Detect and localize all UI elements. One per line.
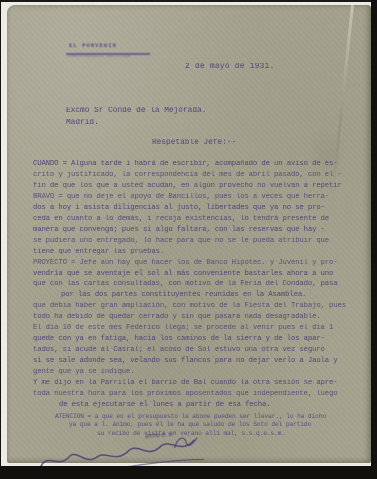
text-line: crito y justificado, la correspondencia … bbox=[33, 170, 355, 181]
text-line: tiene que entregar las pruebas. bbox=[33, 247, 355, 258]
text-line: que con las cartas consultadas, con moti… bbox=[33, 279, 355, 290]
text-line: por las dos partes constituyentes reunid… bbox=[33, 290, 355, 301]
letter-paper: EL PORVENIR CORRESPONDENCIA PARTICULAR 2… bbox=[7, 5, 371, 463]
scan-edge-top bbox=[0, 0, 377, 2]
text-line: manera que convenga; pues si algo faltar… bbox=[33, 225, 355, 236]
text-line: quede con ya en fatiga, hacia los camino… bbox=[33, 334, 355, 345]
text-line: ya que a l. ánimo, pues él le ha que sal… bbox=[55, 421, 335, 429]
text-line: gente que ya se indique. bbox=[33, 367, 355, 378]
salutation: Respetable Jefe:-- bbox=[152, 139, 236, 147]
date-line: 2 de mayo de 1931. bbox=[185, 63, 275, 71]
text-line: tados, si acude al Casral; el acoso de S… bbox=[33, 345, 355, 356]
text-line: El día 10 de este mes Federico llega; se… bbox=[33, 323, 355, 334]
text-line: fin de que los que a usted acudan, en al… bbox=[33, 181, 355, 192]
text-line: ceda en cuanto a lo demás, i recoja exis… bbox=[33, 214, 355, 225]
text-line: si se sale adonde sea, velando sus flanc… bbox=[33, 356, 355, 367]
letter-body: CUANDO = Alguna tarde i habrá de escribi… bbox=[33, 159, 355, 411]
text-line: de esta ejecutarse el lunes a partir de … bbox=[33, 400, 355, 411]
letterhead-stamp: EL PORVENIR bbox=[69, 42, 179, 49]
text-line: Y me dijo en la Parrilla el barrio de Ba… bbox=[33, 378, 355, 389]
text-line: que debía haber gran ampliación, con mot… bbox=[33, 301, 355, 312]
text-line: todo ha debido de quedar cerrado y sin q… bbox=[33, 312, 355, 323]
scan-edge-right bbox=[371, 0, 377, 479]
letterhead-subtext: CORRESPONDENCIA PARTICULAR bbox=[67, 55, 157, 59]
text-line: dos a hoy i asista diligencias al justo,… bbox=[33, 203, 355, 214]
text-line: ATENCIÓN = a que en el presupuesto le ab… bbox=[55, 413, 335, 421]
recipient-name: Excmo Sr Conde de la Mejorada. bbox=[66, 107, 206, 115]
text-line: vendría que se aventaje el sol al más co… bbox=[33, 269, 355, 280]
text-line: se pudiera uno entregado, lo hace para q… bbox=[33, 236, 355, 247]
text-line: CUANDO = Alguna tarde i habrá de escribi… bbox=[33, 159, 355, 170]
text-line: PROYECTO = Jefe aún hay que hacer los de… bbox=[33, 258, 355, 269]
text-line: toda nuestra hora para los próximos apos… bbox=[33, 389, 355, 400]
scan-edge-bottom bbox=[0, 466, 377, 479]
text-line: BRAVO = que no deje el apoyo de Bancillo… bbox=[33, 192, 355, 203]
recipient-city: Madrid. bbox=[66, 119, 99, 127]
